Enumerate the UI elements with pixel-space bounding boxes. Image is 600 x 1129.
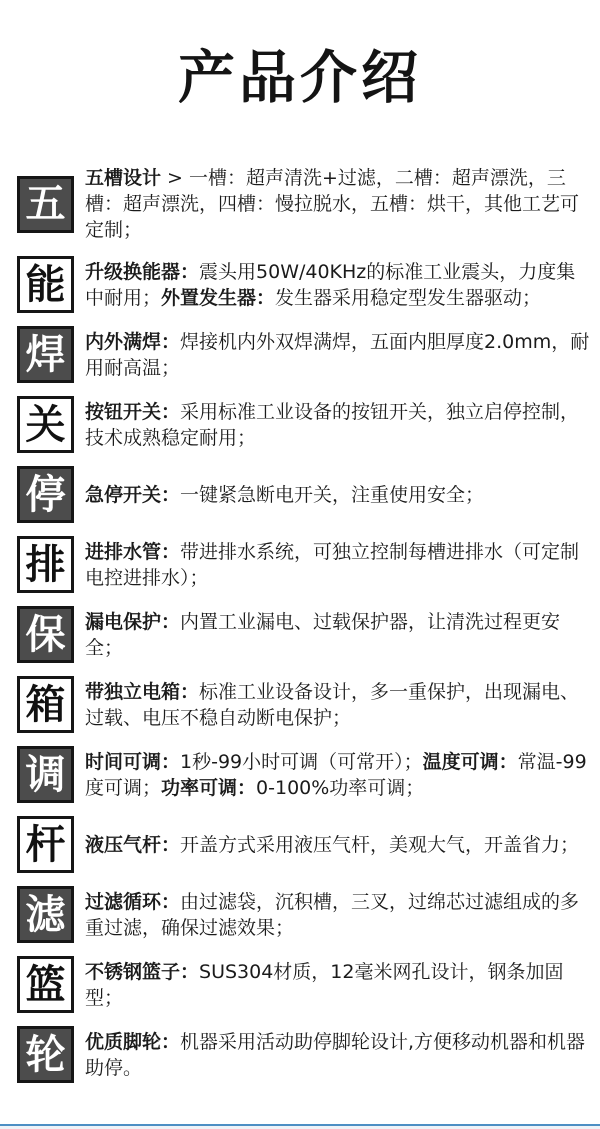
feature-text: 时间可调：1秒-99小时可调（可常开）；温度可调：常温-99度可调；功率可调：0…	[85, 749, 593, 801]
feature-text: 漏电保护：内置工业漏电、过载保护器，让清洗过程更安全；	[85, 609, 593, 661]
feature-badge-icon: 焊	[17, 326, 74, 383]
feature-row: 调 时间可调：1秒-99小时可调（可常开）；温度可调：常温-99度可调；功率可调…	[17, 746, 593, 803]
feature-badge-char: 停	[26, 475, 66, 515]
feature-badge-char: 能	[26, 265, 66, 305]
feature-badge-icon: 排	[17, 536, 74, 593]
feature-row: 滤 过滤循环：由过滤袋，沉积槽，三叉，过绵芯过滤组成的多重过滤，确保过滤效果；	[17, 886, 593, 943]
feature-badge-char: 保	[26, 615, 66, 655]
feature-text: 五槽设计 > 一槽：超声清洗+过滤，二槽：超声漂洗，三槽：超声漂洗，四槽：慢拉脱…	[85, 165, 593, 243]
feature-badge-icon: 杆	[17, 816, 74, 873]
feature-row: 停 急停开关：一键紧急断电开关，注重使用安全；	[17, 466, 593, 523]
feature-text: 急停开关：一键紧急断电开关，注重使用安全；	[85, 482, 484, 508]
feature-row: 杆 液压气杆：开盖方式采用液压气杆，美观大气，开盖省力；	[17, 816, 593, 873]
feature-list: 五 五槽设计 > 一槽：超声清洗+过滤，二槽：超声漂洗，三槽：超声漂洗，四槽：慢…	[17, 165, 593, 1096]
feature-badge-icon: 关	[17, 396, 74, 453]
feature-badge-char: 滤	[26, 895, 66, 935]
feature-row: 能 升级换能器：震头用50W/40KHz的标准工业震头，力度集中耐用；外置发生器…	[17, 256, 593, 313]
feature-text: 不锈钢篮子：SUS304材质，12毫米网孔设计，钢条加固型；	[85, 959, 593, 1011]
product-intro-page: 产品介绍 五 五槽设计 > 一槽：超声清洗+过滤，二槽：超声漂洗，三槽：超声漂洗…	[0, 0, 600, 1129]
feature-badge-char: 焊	[26, 335, 66, 375]
feature-badge-icon: 五	[17, 176, 74, 233]
feature-badge-char: 箱	[26, 685, 66, 725]
feature-text: 优质脚轮：机器采用活动助停脚轮设计,方便移动机器和机器助停。	[85, 1029, 593, 1081]
feature-text: 液压气杆：开盖方式采用液压气杆，美观大气，开盖省力；	[85, 832, 579, 858]
feature-badge-icon: 保	[17, 606, 74, 663]
feature-text: 升级换能器：震头用50W/40KHz的标准工业震头，力度集中耐用；外置发生器：发…	[85, 259, 593, 311]
feature-text: 进排水管：带进排水系统，可独立控制每槽进排水（可定制电控进排水）；	[85, 539, 593, 591]
feature-badge-char: 调	[26, 755, 66, 795]
feature-badge-icon: 调	[17, 746, 74, 803]
feature-row: 关 按钮开关：采用标准工业设备的按钮开关，独立启停控制，技术成熟稳定耐用；	[17, 396, 593, 453]
feature-badge-icon: 滤	[17, 886, 74, 943]
feature-badge-char: 轮	[26, 1035, 66, 1075]
feature-badge-icon: 篮	[17, 956, 74, 1013]
feature-text: 内外满焊：焊接机内外双焊满焊，五面内胆厚度2.0mm，耐用耐高温；	[85, 329, 593, 381]
feature-text: 带独立电箱：标准工业设备设计，多一重保护，出现漏电、过载、电压不稳自动断电保护；	[85, 679, 593, 731]
feature-badge-char: 关	[26, 405, 66, 445]
feature-row: 篮 不锈钢篮子：SUS304材质，12毫米网孔设计，钢条加固型；	[17, 956, 593, 1013]
feature-badge-char: 五	[26, 184, 66, 224]
feature-row: 五 五槽设计 > 一槽：超声清洗+过滤，二槽：超声漂洗，三槽：超声漂洗，四槽：慢…	[17, 165, 593, 243]
page-title: 产品介绍	[0, 0, 600, 112]
feature-row: 排 进排水管：带进排水系统，可独立控制每槽进排水（可定制电控进排水）；	[17, 536, 593, 593]
feature-badge-char: 杆	[26, 825, 66, 865]
feature-row: 箱 带独立电箱：标准工业设备设计，多一重保护，出现漏电、过载、电压不稳自动断电保…	[17, 676, 593, 733]
feature-row: 保 漏电保护：内置工业漏电、过载保护器，让清洗过程更安全；	[17, 606, 593, 663]
feature-badge-char: 篮	[26, 965, 66, 1005]
feature-badge-icon: 停	[17, 466, 74, 523]
feature-badge-icon: 箱	[17, 676, 74, 733]
feature-row: 轮 优质脚轮：机器采用活动助停脚轮设计,方便移动机器和机器助停。	[17, 1026, 593, 1083]
feature-badge-icon: 能	[17, 256, 74, 313]
feature-badge-icon: 轮	[17, 1026, 74, 1083]
feature-text: 按钮开关：采用标准工业设备的按钮开关，独立启停控制，技术成熟稳定耐用；	[85, 399, 593, 451]
feature-row: 焊 内外满焊：焊接机内外双焊满焊，五面内胆厚度2.0mm，耐用耐高温；	[17, 326, 593, 383]
feature-text: 过滤循环：由过滤袋，沉积槽，三叉，过绵芯过滤组成的多重过滤，确保过滤效果；	[85, 889, 593, 941]
feature-badge-char: 排	[26, 545, 66, 585]
